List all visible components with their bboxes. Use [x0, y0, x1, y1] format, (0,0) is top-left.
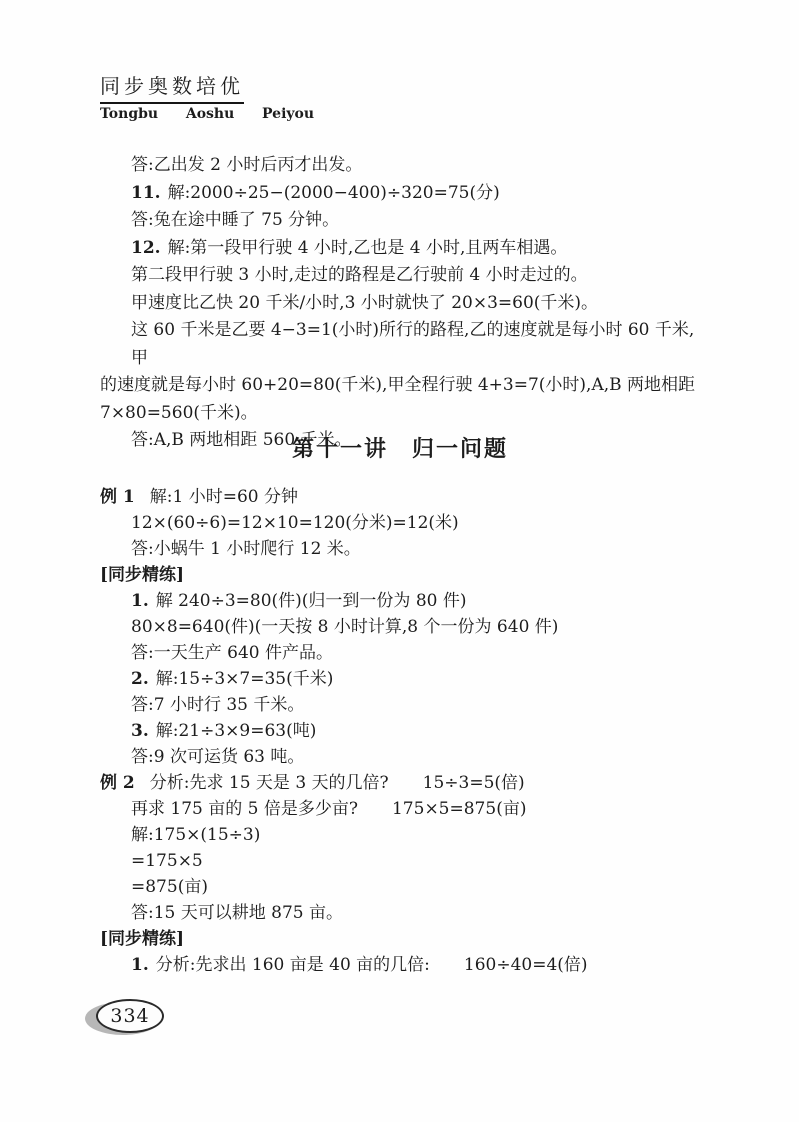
page-number-badge: 334	[85, 999, 167, 1036]
line-text: 解:21÷3×9=63(吨)	[156, 721, 317, 741]
text-line: 答:乙出发 2 小时后丙才出发。	[100, 152, 702, 180]
book-header: 同步奥数培优 Tongbu Aoshu Peiyou	[100, 70, 314, 122]
line-text: 12×(60÷6)=12×10=120(分米)=12(米)	[131, 513, 459, 533]
line-text: 的速度就是每小时 60+20=80(千米),甲全程行驶 4+3=7(小时),A,…	[100, 375, 695, 395]
sync-practice-label: [同步精练]	[100, 565, 184, 585]
line-text: 解:175×(15÷3)	[131, 825, 260, 845]
line-text: 答:乙出发 2 小时后丙才出发。	[131, 155, 362, 175]
line-text: =175×5	[131, 851, 203, 871]
line-text: 答:9 次可运货 63 吨。	[131, 747, 304, 767]
text-line: =175×5	[100, 848, 702, 874]
text-line: 这 60 千米是乙要 4−3=1(小时)所行的路程,乙的速度就是每小时 60 千…	[100, 317, 702, 372]
line-text: 这 60 千米是乙要 4−3=1(小时)所行的路程,乙的速度就是每小时 60 千…	[131, 320, 694, 368]
book-title: 同步奥数培优	[100, 70, 244, 104]
text-line: 答:小蜗牛 1 小时爬行 12 米。	[100, 536, 702, 562]
line-text: 解:第一段甲行驶 4 小时,乙也是 4 小时,且两车相遇。	[168, 238, 568, 258]
line-text: 解:15÷3×7=35(千米)	[156, 669, 334, 689]
text-line: 答:7 小时行 35 千米。	[100, 692, 702, 718]
line-text: 分析:先求出 160 亩是 40 亩的几倍: 160÷40=4(倍)	[156, 955, 588, 975]
text-line: 答:15 天可以耕地 875 亩。	[100, 900, 702, 926]
text-line: 80×8=640(件)(一天按 8 小时计算,8 个一份为 640 件)	[100, 614, 702, 640]
line-text: 答:一天生产 640 件产品。	[131, 643, 333, 663]
text-line: 解:175×(15÷3)	[100, 822, 702, 848]
line-text: 解:2000÷25−(2000−400)÷320=75(分)	[168, 183, 500, 203]
item-number: 12.	[131, 238, 161, 258]
line-text: 再求 175 亩的 5 倍是多少亩? 175×5=875(亩)	[131, 799, 526, 819]
text-line: =875(亩)	[100, 874, 702, 900]
line-text: 答:15 天可以耕地 875 亩。	[131, 903, 343, 923]
section-label-line: [同步精练]	[100, 926, 702, 952]
item-number: 2.	[131, 669, 149, 689]
line-text: 解 240÷3=80(件)(归一到一份为 80 件)	[156, 591, 467, 611]
text-line: 2.解:15÷3×7=35(千米)	[100, 666, 702, 692]
text-line: 1.解 240÷3=80(件)(归一到一份为 80 件)	[100, 588, 702, 614]
text-line: 1.分析:先求出 160 亩是 40 亩的几倍: 160÷40=4(倍)	[100, 952, 702, 978]
section-label-line: [同步精练]	[100, 562, 702, 588]
line-text: =875(亩)	[131, 877, 208, 897]
line-text: 80×8=640(件)(一天按 8 小时计算,8 个一份为 640 件)	[131, 617, 558, 637]
text-line: 11.解:2000÷25−(2000−400)÷320=75(分)	[100, 180, 702, 208]
item-number: 1.	[131, 591, 149, 611]
line-text: 第二段甲行驶 3 小时,走过的路程是乙行驶前 4 小时走过的。	[131, 265, 588, 285]
book-page: 同步奥数培优 Tongbu Aoshu Peiyou 答:乙出发 2 小时后丙才…	[0, 0, 799, 1122]
item-number: 1.	[131, 955, 149, 975]
line-text: 甲速度比乙快 20 千米/小时,3 小时就快了 20×3=60(千米)。	[131, 293, 598, 313]
sync-practice-label: [同步精练]	[100, 929, 184, 949]
lecture-content-block: 例 1解:1 小时=60 分钟 12×(60÷6)=12×10=120(分米)=…	[100, 484, 702, 978]
item-number: 11.	[131, 183, 161, 203]
text-line: 答:兔在途中睡了 75 分钟。	[100, 207, 702, 235]
text-line: 甲速度比乙快 20 千米/小时,3 小时就快了 20×3=60(千米)。	[100, 290, 702, 318]
book-title-pinyin: Tongbu Aoshu Peiyou	[100, 106, 314, 122]
line-text: 解:1 小时=60 分钟	[150, 487, 298, 507]
example-line: 例 1解:1 小时=60 分钟	[100, 484, 702, 510]
page-number: 334	[96, 999, 164, 1033]
line-text: 分析:先求 15 天是 3 天的几倍? 15÷3=5(倍)	[150, 773, 525, 793]
lecture-title: 第十一讲 归一问题	[100, 432, 700, 463]
text-line: 12.解:第一段甲行驶 4 小时,乙也是 4 小时,且两车相遇。	[100, 235, 702, 263]
line-text: 答:兔在途中睡了 75 分钟。	[131, 210, 339, 230]
text-line: 答:9 次可运货 63 吨。	[100, 744, 702, 770]
text-line: 答:一天生产 640 件产品。	[100, 640, 702, 666]
text-line: 再求 175 亩的 5 倍是多少亩? 175×5=875(亩)	[100, 796, 702, 822]
line-text: 7×80=560(千米)。	[100, 403, 258, 423]
previous-answers-block: 答:乙出发 2 小时后丙才出发。 11.解:2000÷25−(2000−400)…	[100, 152, 702, 455]
line-text: 答:7 小时行 35 千米。	[131, 695, 304, 715]
text-line: 的速度就是每小时 60+20=80(千米),甲全程行驶 4+3=7(小时),A,…	[100, 372, 702, 400]
item-number: 3.	[131, 721, 149, 741]
example-label: 例 1	[100, 487, 135, 507]
example-line: 例 2分析:先求 15 天是 3 天的几倍? 15÷3=5(倍)	[100, 770, 702, 796]
line-text: 答:小蜗牛 1 小时爬行 12 米。	[131, 539, 361, 559]
text-line: 7×80=560(千米)。	[100, 400, 702, 428]
example-label: 例 2	[100, 773, 135, 793]
text-line: 第二段甲行驶 3 小时,走过的路程是乙行驶前 4 小时走过的。	[100, 262, 702, 290]
text-line: 3.解:21÷3×9=63(吨)	[100, 718, 702, 744]
text-line: 12×(60÷6)=12×10=120(分米)=12(米)	[100, 510, 702, 536]
